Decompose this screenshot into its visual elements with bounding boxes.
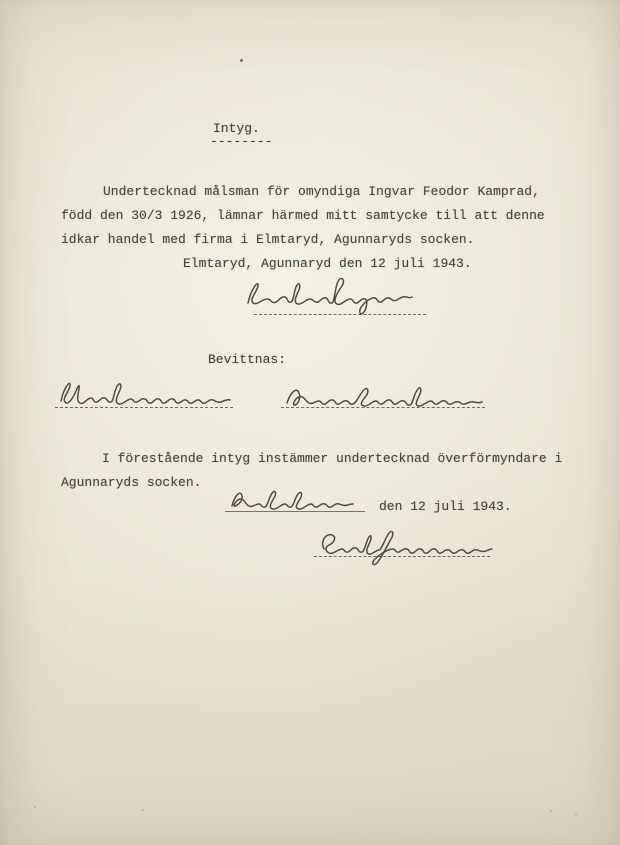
paper-speck <box>240 59 243 62</box>
consent-line-1: Undertecknad målsman för omyndiga Ingvar… <box>103 184 540 199</box>
witness-signature-underline <box>281 407 485 408</box>
consent-line-2: född den 30/3 1926, lämnar härmed mitt s… <box>61 208 545 223</box>
paper-speck <box>575 813 577 815</box>
guardian-signature-feodor-kamprad <box>244 276 414 316</box>
overseer-signature-underline <box>314 556 490 557</box>
consent-dateline: Elmtaryd, Agunnaryd den 12 juli 1943. <box>183 256 472 271</box>
paper-speck <box>550 810 552 812</box>
endorsement-line-2: Agunnaryds socken. <box>61 475 201 490</box>
endorsement-line-1: I förestående intyg instämmer underteckn… <box>102 451 562 466</box>
paper: Intyg. -------- Undertecknad målsman för… <box>0 0 620 845</box>
witness-signature-anna-andersson <box>281 379 485 407</box>
endorsement-dateline: den 12 juli 1943. <box>379 499 512 514</box>
place-underline <box>225 511 365 512</box>
consent-line-3: idkar handel med firma i Elmtaryd, Agunn… <box>61 232 474 247</box>
witness-signature-karl-andersson <box>55 377 233 407</box>
guardian-signature-underline <box>254 314 426 315</box>
paper-speck <box>142 809 144 811</box>
endorsement-place-handwritten <box>227 486 355 512</box>
paper-speck <box>34 806 36 808</box>
overseer-signature-ernst-johansson <box>316 527 494 569</box>
witness-signature-underline <box>55 407 233 408</box>
title-underline: -------- <box>210 134 272 149</box>
witness-heading: Bevittnas: <box>208 352 286 367</box>
